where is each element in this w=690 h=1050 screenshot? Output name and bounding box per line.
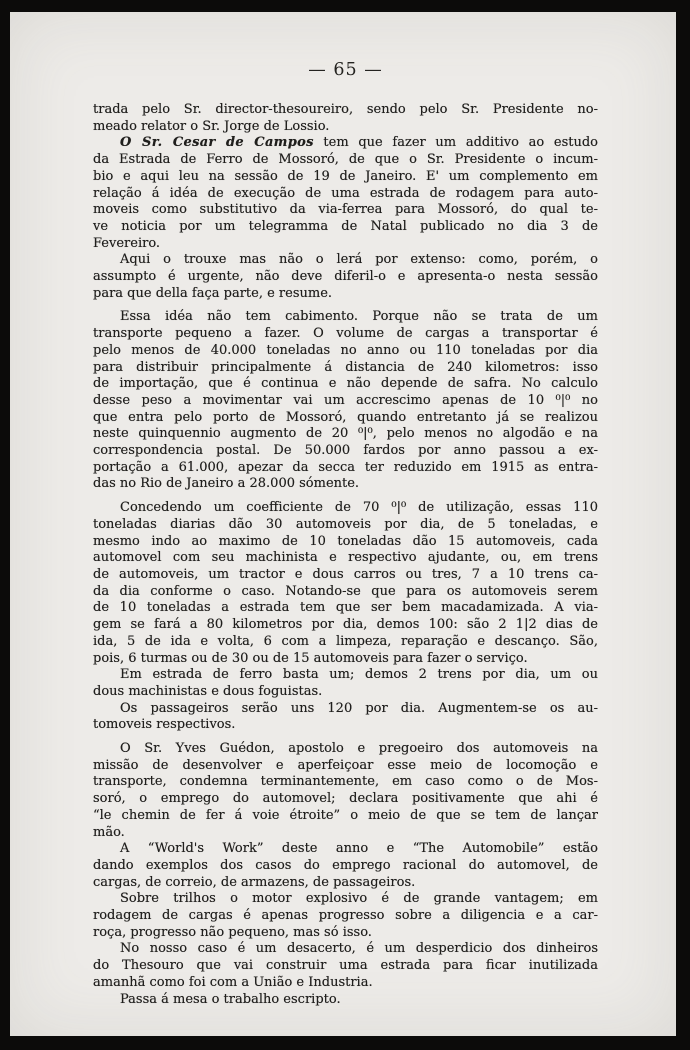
text-line: Passa á mesa o trabalho escripto. xyxy=(93,992,598,1009)
text-line: amanhã como foi com a União e Industria. xyxy=(93,975,598,992)
text-line: roça, progresso não pequeno, mas só isso… xyxy=(93,925,598,942)
text-line: mesmo indo ao maximo de 10 toneladas dão… xyxy=(93,534,598,551)
text-line: moveis como substitutivo da via-ferrea p… xyxy=(93,202,598,219)
text-line: de 10 toneladas a estrada tem que ser be… xyxy=(93,600,598,617)
paragraph: Essa idéa não tem cabimento. Porque não … xyxy=(93,309,598,493)
text-line: ida, 5 de ida e volta, 6 com a limpeza, … xyxy=(93,634,598,651)
text-line: meado relator o Sr. Jorge de Lossio. xyxy=(93,119,598,136)
text-line: assumpto é urgente, não deve diferil-o e… xyxy=(93,269,598,286)
text-line: bio e aqui leu na sessão de 19 de Janeir… xyxy=(93,169,598,186)
page-number: — 65 — xyxy=(93,12,598,82)
paragraph: Passa á mesa o trabalho escripto. xyxy=(93,992,598,1009)
text-line: portação a 61.000, apezar da secca ter r… xyxy=(93,460,598,477)
text-line: ve noticia por um telegramma de Natal pu… xyxy=(93,219,598,236)
text-line: automovel com seu machinista e respectiv… xyxy=(93,550,598,567)
paragraph: No nosso caso é um desacerto, é um despe… xyxy=(93,941,598,991)
document-page: — 65 — trada pelo Sr. director-thesourei… xyxy=(10,12,676,1036)
text-line: gem se fará a 80 kilometros por dia, dem… xyxy=(93,617,598,634)
paragraph: Concedendo um coefficiente de 70 ⁰|⁰ de … xyxy=(93,500,598,667)
text-line: “le chemin de fer á voie étroite” o meio… xyxy=(93,808,598,825)
text-line: relação á idéa de execução de uma estrad… xyxy=(93,186,598,203)
paragraph: A “World's Work” deste anno e “The Autom… xyxy=(93,841,598,891)
paragraph: Em estrada de ferro basta um; demos 2 tr… xyxy=(93,667,598,700)
text-line: de automoveis, um tractor e dous carros … xyxy=(93,567,598,584)
text-line: do Thesouro que vai construir uma estrad… xyxy=(93,958,598,975)
text-line: transporte pequeno a fazer. O volume de … xyxy=(93,326,598,343)
text-line: pois, 6 turmas ou de 30 ou de 15 automov… xyxy=(93,651,598,668)
text-line: que entra pelo porto de Mossoró, quando … xyxy=(93,410,598,427)
text-line: Essa idéa não tem cabimento. Porque não … xyxy=(93,309,598,326)
text-line: tomoveis respectivos. xyxy=(93,717,598,734)
paragraph: trada pelo Sr. director-thesoureiro, sen… xyxy=(93,102,598,135)
text-line: desse peso a movimentar vai um accrescim… xyxy=(93,393,598,410)
text-line: pelo menos de 40.000 toneladas no anno o… xyxy=(93,343,598,360)
text-line: trada pelo Sr. director-thesoureiro, sen… xyxy=(93,102,598,119)
text-line: mão. xyxy=(93,825,598,842)
paragraph: O Sr. Yves Guédon, apostolo e pregoeiro … xyxy=(93,741,598,841)
text-line: Concedendo um coefficiente de 70 ⁰|⁰ de … xyxy=(93,500,598,517)
text-line: No nosso caso é um desacerto, é um despe… xyxy=(93,941,598,958)
text-line: correspondencia postal. De 50.000 fardos… xyxy=(93,443,598,460)
scanned-book-page: { "colors": { "paper": "#edebe8", "frame… xyxy=(0,0,690,1050)
text-body: trada pelo Sr. director-thesoureiro, sen… xyxy=(93,102,598,1008)
text-line: das no Rio de Janeiro a 28.000 sómente. xyxy=(93,476,598,493)
text-line: Os passageiros serão uns 120 por dia. Au… xyxy=(93,701,598,718)
text-line: de importação, que é continua e não depe… xyxy=(93,376,598,393)
text-line: dando exemplos dos casos do emprego raci… xyxy=(93,858,598,875)
text-line: Sobre trilhos o motor explosivo é de gra… xyxy=(93,891,598,908)
paragraph: Aqui o trouxe mas não o lerá por extenso… xyxy=(93,252,598,302)
text-line: Em estrada de ferro basta um; demos 2 tr… xyxy=(93,667,598,684)
text-line: missão de desenvolver e aperfeiçoar esse… xyxy=(93,758,598,775)
page-content: — 65 — trada pelo Sr. director-thesourei… xyxy=(93,12,598,1008)
text-line: Fevereiro. xyxy=(93,236,598,253)
text-line: transporte, condemna terminantemente, em… xyxy=(93,774,598,791)
paragraph: Os passageiros serão uns 120 por dia. Au… xyxy=(93,701,598,734)
text-line: para que della faça parte, e resume. xyxy=(93,286,598,303)
text-line: soró, o emprego do automovel; declara po… xyxy=(93,791,598,808)
text-line: neste quinquennio augmento de 20 ⁰|⁰, pe… xyxy=(93,426,598,443)
text-line: A “World's Work” deste anno e “The Autom… xyxy=(93,841,598,858)
text-line: para distribuir principalmente á distanc… xyxy=(93,360,598,377)
speaker-name: O Sr. Cesar de Campos xyxy=(120,135,314,150)
paragraph: O Sr. Cesar de Campos tem que fazer um a… xyxy=(93,135,598,252)
text-line: dous machinistas e dous foguistas. xyxy=(93,684,598,701)
text-line: da Estrada de Ferro de Mossoró, de que o… xyxy=(93,152,598,169)
text-line: O Sr. Cesar de Campos tem que fazer um a… xyxy=(93,135,598,152)
text-line: rodagem de cargas é apenas progresso sob… xyxy=(93,908,598,925)
text-line: da dia conforme o caso. Notando-se que p… xyxy=(93,584,598,601)
paragraph: Sobre trilhos o motor explosivo é de gra… xyxy=(93,891,598,941)
text-line-rest: tem que fazer um additivo ao estudo xyxy=(314,135,598,150)
text-line: O Sr. Yves Guédon, apostolo e pregoeiro … xyxy=(93,741,598,758)
text-line: cargas, de correio, de armazens, de pass… xyxy=(93,875,598,892)
text-line: toneladas diarias dão 30 automoveis por … xyxy=(93,517,598,534)
text-line: Aqui o trouxe mas não o lerá por extenso… xyxy=(93,252,598,269)
